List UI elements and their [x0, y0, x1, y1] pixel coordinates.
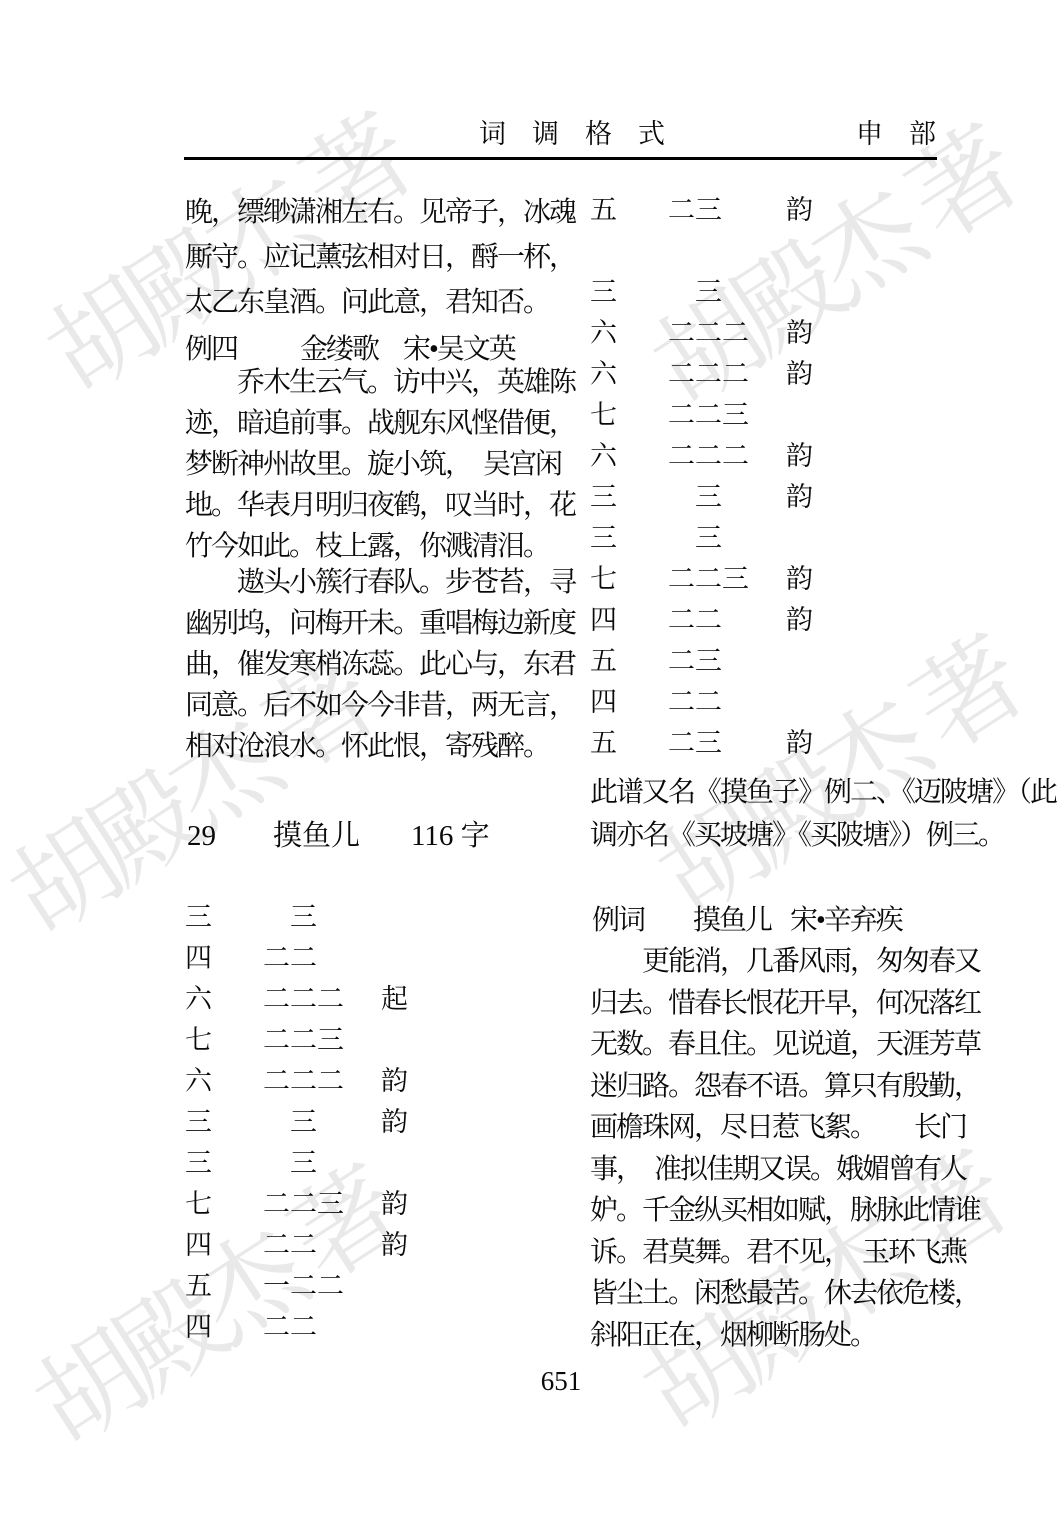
meter-line-length: 七	[185, 1020, 212, 1061]
entry-word-count: 116 字	[411, 816, 490, 856]
meter-rhyme-mark: 起	[381, 979, 408, 1020]
meter-feet-pattern: 二三	[668, 723, 722, 764]
meter-line-length: 五	[590, 190, 617, 231]
meter-feet-pattern: 二二	[668, 600, 722, 641]
meter-rhyme-mark: 韵	[786, 436, 813, 477]
meter-feet-pattern: 三	[263, 1102, 317, 1143]
text-line: 归去。惜春长恨花开早，何况落红	[590, 983, 966, 1025]
meter-line-length: 五	[590, 641, 617, 682]
meter-line-length: 六	[185, 1061, 212, 1102]
text-line: 相对沧浪水。怀此恨，寄残醉。	[185, 726, 567, 767]
left-paragraph-continuation: 晚，缥缈潇湘左右。见帝子，冰魂厮守。应记薰弦相对日，酹一杯，太乙东皇酒。问此意，…	[185, 190, 567, 325]
meter-line-length: 三	[590, 272, 617, 313]
example-label: 例词	[592, 901, 644, 941]
entry-number: 29	[187, 816, 216, 856]
text-line: 地。华表月明归夜鹤，叹当时，花	[185, 485, 567, 526]
meter-line-length: 三	[185, 1143, 212, 1184]
meter-row: 四 二二	[185, 1307, 485, 1348]
meter-row: 三 三	[590, 272, 890, 313]
example-poem: 更能消，几番风雨，匆匆春又归去。惜春长恨花开早，何况落红无数。春且住。见说道，天…	[590, 941, 966, 1356]
meter-feet-pattern: 二二	[668, 682, 722, 723]
meter-line-length: 四	[590, 682, 617, 723]
meter-rhyme-mark: 韵	[381, 1061, 408, 1102]
meter-line-length: 四	[185, 1307, 212, 1348]
meter-row: 六 二二二 韵	[590, 436, 890, 477]
meter-line-length: 三	[185, 1102, 212, 1143]
meter-row: 六 二二二 韵	[590, 313, 890, 354]
meter-rhyme-mark: 韵	[786, 190, 813, 231]
meter-feet-pattern: 一二二	[263, 1266, 344, 1307]
meter-line-length: 三	[590, 518, 617, 559]
meter-line-length: 四	[185, 1225, 212, 1266]
meter-row: 四 二二	[590, 682, 890, 723]
meter-row: 五 二三	[590, 641, 890, 682]
text-line: 斜阳正在，烟柳断肠处。	[590, 1315, 966, 1357]
meter-row: 七 二二三 韵	[590, 559, 890, 600]
meter-list-left: 三 三 四 二二 六 二二二 起 七 二二三 六	[185, 897, 485, 1348]
page-header-title: 词调格式	[479, 112, 691, 151]
text-line: 幽别坞，问梅开未。重唱梅边新度	[185, 603, 567, 644]
meter-feet-pattern: 二二三	[263, 1020, 344, 1061]
meter-row: 五 二三 韵	[590, 723, 890, 764]
meter-rhyme-mark: 韵	[381, 1225, 408, 1266]
text-line: 迹，暗追前事。战舰东风悭借便，	[185, 403, 567, 444]
meter-rhyme-mark: 韵	[381, 1184, 408, 1225]
meter-row: 三 三 韵	[590, 477, 890, 518]
meter-line-length: 四	[590, 600, 617, 641]
text-line: 迷归路。怨春不语。算只有殷勤，	[590, 1066, 966, 1108]
meter-row: 七 二二三	[185, 1020, 485, 1061]
meter-line-length: 五	[185, 1266, 212, 1307]
meter-row: 四 二二	[185, 938, 485, 979]
meter-row: 三 三	[590, 518, 890, 559]
meter-row: 三 三	[185, 897, 485, 938]
meter-row: 七 二二三 韵	[185, 1184, 485, 1225]
page-number: 651	[185, 1366, 937, 1397]
text-line: 晚，缥缈潇湘左右。见帝子，冰魂	[185, 190, 567, 235]
text-line: 太乙东皇酒。问此意，君知否。	[185, 280, 567, 325]
meter-row: 四 二二 韵	[185, 1225, 485, 1266]
meter-line-length: 六	[185, 979, 212, 1020]
meter-feet-pattern: 二二	[263, 1307, 317, 1348]
meter-line-length: 七	[590, 559, 617, 600]
meter-rhyme-mark: 韵	[786, 354, 813, 395]
meter-feet-pattern: 二二三	[668, 559, 749, 600]
meter-line-length: 六	[590, 313, 617, 354]
text-line: 梦断神州故里。旋小筑， 吴宫闲	[185, 444, 567, 485]
text-line: 此谱又名《摸鱼子》例二、《迈陂塘》（此	[590, 771, 966, 814]
meter-feet-pattern: 二二二	[668, 354, 749, 395]
meter-row: 五 二三 韵	[590, 190, 890, 231]
meter-rhyme-mark: 韵	[786, 313, 813, 354]
meter-feet-pattern: 二二	[263, 938, 317, 979]
meter-row: 六 二二二 韵	[590, 354, 890, 395]
entry-title: 摸鱼儿	[273, 816, 360, 856]
meter-row: 三 三	[185, 1143, 485, 1184]
meter-list-right: 三 三 六 二二二 韵 六 二二二 韵 七 二二三	[590, 272, 890, 764]
meter-line-length: 四	[185, 938, 212, 979]
meter-feet-pattern: 二二三	[263, 1184, 344, 1225]
meter-rhyme-mark: 韵	[786, 600, 813, 641]
meter-feet-pattern: 二二	[263, 1225, 317, 1266]
meter-row: 三 三 韵	[185, 1102, 485, 1143]
text-line: 调亦名《买坡塘》《买陂塘》）例三。	[590, 814, 966, 857]
tune-author: 宋•辛弃疾	[790, 901, 902, 941]
text-line: 皆尘土。闲愁最苦。休去依危楼，	[590, 1273, 966, 1315]
meter-rhyme-mark: 韵	[786, 723, 813, 764]
meter-feet-pattern: 三	[668, 272, 722, 313]
left-paragraph-stanza-1: 乔木生云气。访中兴，英雄陈迹，暗追前事。战舰东风悭借便，梦断神州故里。旋小筑， …	[185, 362, 567, 567]
page-header-section-label: 申部	[856, 112, 962, 151]
meter-rhyme-mark: 韵	[786, 559, 813, 600]
example-word-heading: 例词 摸鱼儿 宋•辛弃疾	[590, 901, 972, 941]
meter-feet-pattern: 二二二	[263, 979, 344, 1020]
text-line: 曲，催发寒梢冻蕊。此心与，东君	[185, 644, 567, 685]
text-line: 更能消，几番风雨，匆匆春又	[590, 941, 966, 983]
meter-line-length: 三	[185, 897, 212, 938]
meter-feet-pattern: 二三	[668, 641, 722, 682]
header-rule	[184, 157, 937, 160]
meter-line-length: 七	[590, 395, 617, 436]
alternate-names-note: 此谱又名《摸鱼子》例二、《迈陂塘》（此调亦名《买坡塘》《买陂塘》）例三。	[590, 771, 966, 857]
left-paragraph-stanza-2: 遨头小簇行春队。步苍苔，寻幽别坞，问梅开未。重唱梅边新度曲，催发寒梢冻蕊。此心与…	[185, 562, 567, 767]
meter-row: 五 一二二	[185, 1266, 485, 1307]
meter-line-length: 三	[590, 477, 617, 518]
text-line: 妒。千金纵买相如赋，脉脉此情谁	[590, 1190, 966, 1232]
meter-feet-pattern: 二二二	[668, 436, 749, 477]
meter-feet-pattern: 二二二	[263, 1061, 344, 1102]
text-line: 竹今如此。枝上露，你溅清泪。	[185, 526, 567, 567]
meter-feet-pattern: 三	[263, 1143, 317, 1184]
meter-row: 六 二二二 韵	[185, 1061, 485, 1102]
text-line: 事， 准拟佳期又误。娥媚曾有人	[590, 1149, 966, 1191]
meter-feet-pattern: 二二二	[668, 313, 749, 354]
text-line: 无数。春且住。见说道，天涯芳草	[590, 1024, 966, 1066]
text-line: 同意。后不如今今非昔，两无言，	[185, 685, 567, 726]
meter-feet-pattern: 三	[263, 897, 317, 938]
text-line: 诉。君莫舞。君不见， 玉环飞燕	[590, 1232, 966, 1274]
meter-line-length: 六	[590, 354, 617, 395]
meter-rhyme-mark: 韵	[381, 1102, 408, 1143]
meter-row-top: 五 二三 韵	[590, 190, 890, 231]
meter-line-length: 五	[590, 723, 617, 764]
meter-feet-pattern: 三	[668, 477, 722, 518]
text-line: 画檐珠网，尽日惹飞絮。 长门	[590, 1107, 966, 1149]
entry-heading: 29 摸鱼儿 116 字	[185, 816, 567, 856]
meter-feet-pattern: 三	[668, 518, 722, 559]
meter-feet-pattern: 二三	[668, 190, 722, 231]
tune-title: 摸鱼儿	[693, 901, 771, 941]
text-line: 乔木生云气。访中兴，英雄陈	[185, 362, 567, 403]
meter-row: 四 二二 韵	[590, 600, 890, 641]
text-line: 厮守。应记薰弦相对日，酹一杯，	[185, 235, 567, 280]
text-line: 遨头小簇行春队。步苍苔，寻	[185, 562, 567, 603]
meter-row: 六 二二二 起	[185, 979, 485, 1020]
meter-line-length: 七	[185, 1184, 212, 1225]
meter-rhyme-mark: 韵	[786, 477, 813, 518]
meter-line-length: 六	[590, 436, 617, 477]
meter-feet-pattern: 二二三	[668, 395, 749, 436]
meter-row: 七 二二三	[590, 395, 890, 436]
